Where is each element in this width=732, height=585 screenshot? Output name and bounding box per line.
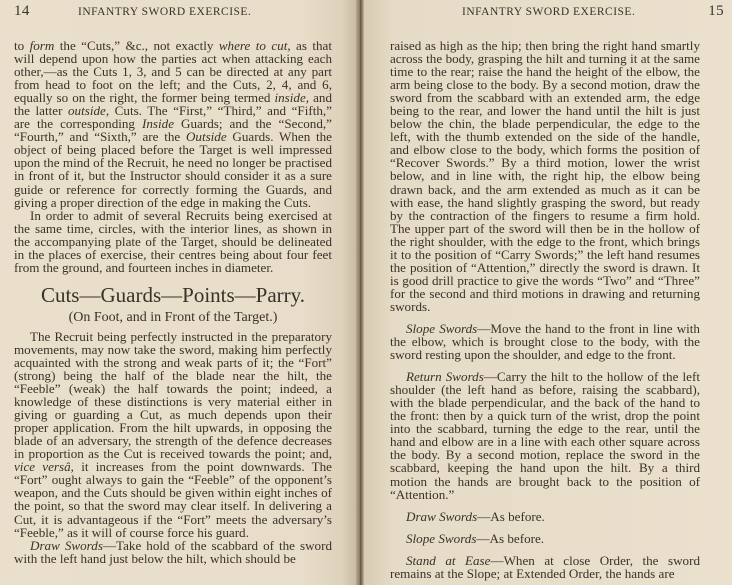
- book-gutter: [356, 0, 364, 585]
- paragraph: Draw Swords—As before.: [390, 510, 700, 523]
- paragraph: to form the “Cuts,” &c., not exactly whe…: [14, 39, 332, 209]
- left-page-body: to form the “Cuts,” &c., not exactly whe…: [14, 39, 332, 274]
- paragraph: Slope Swords—Move the hand to the front …: [390, 322, 700, 361]
- right-page-body: raised as high as the hip; then bring th…: [390, 39, 700, 580]
- text-run: —Carry the hilt to the hollow of the lef…: [390, 369, 700, 501]
- paragraph: The Recruit being perfectly instructed i…: [14, 330, 332, 539]
- section-subtitle: (On Foot, and in Front of the Target.): [14, 309, 332, 326]
- right-page: INFANTRY SWORD EXERCISE. 15 raised as hi…: [364, 0, 732, 585]
- left-page: 14 INFANTRY SWORD EXERCISE. to form the …: [0, 0, 356, 585]
- section-title: Cuts—Guards—Points—Parry.: [14, 283, 332, 307]
- running-head-title: INFANTRY SWORD EXERCISE.: [78, 6, 251, 18]
- paragraph: In order to admit of several Recruits be…: [14, 209, 332, 274]
- text-run: The Recruit being perfectly instructed i…: [14, 329, 332, 461]
- text-run: —As before.: [477, 509, 545, 524]
- page-number: 15: [708, 3, 724, 20]
- paragraph: Return Swords—Carry the hilt to the holl…: [390, 370, 700, 500]
- left-page-body-2: The Recruit being perfectly instructed i…: [14, 330, 332, 565]
- page-number: 14: [14, 3, 30, 20]
- text-run: —As before.: [476, 531, 544, 546]
- paragraph: raised as high as the hip; then bring th…: [390, 39, 700, 313]
- running-head-right: INFANTRY SWORD EXERCISE. 15: [390, 0, 732, 26]
- command-term: Draw Swords: [406, 509, 477, 524]
- command-term: Slope Swords: [406, 531, 476, 546]
- running-head-title: INFANTRY SWORD EXERCISE.: [462, 6, 635, 18]
- paragraph: Slope Swords—As before.: [390, 532, 700, 545]
- running-head-left: 14 INFANTRY SWORD EXERCISE.: [14, 0, 356, 26]
- paragraph: Draw Swords—Take hold of the scabbard of…: [14, 539, 332, 565]
- paragraph: Stand at Ease—When at close Order, the s…: [390, 554, 700, 580]
- book-spread: 14 INFANTRY SWORD EXERCISE. to form the …: [0, 0, 732, 585]
